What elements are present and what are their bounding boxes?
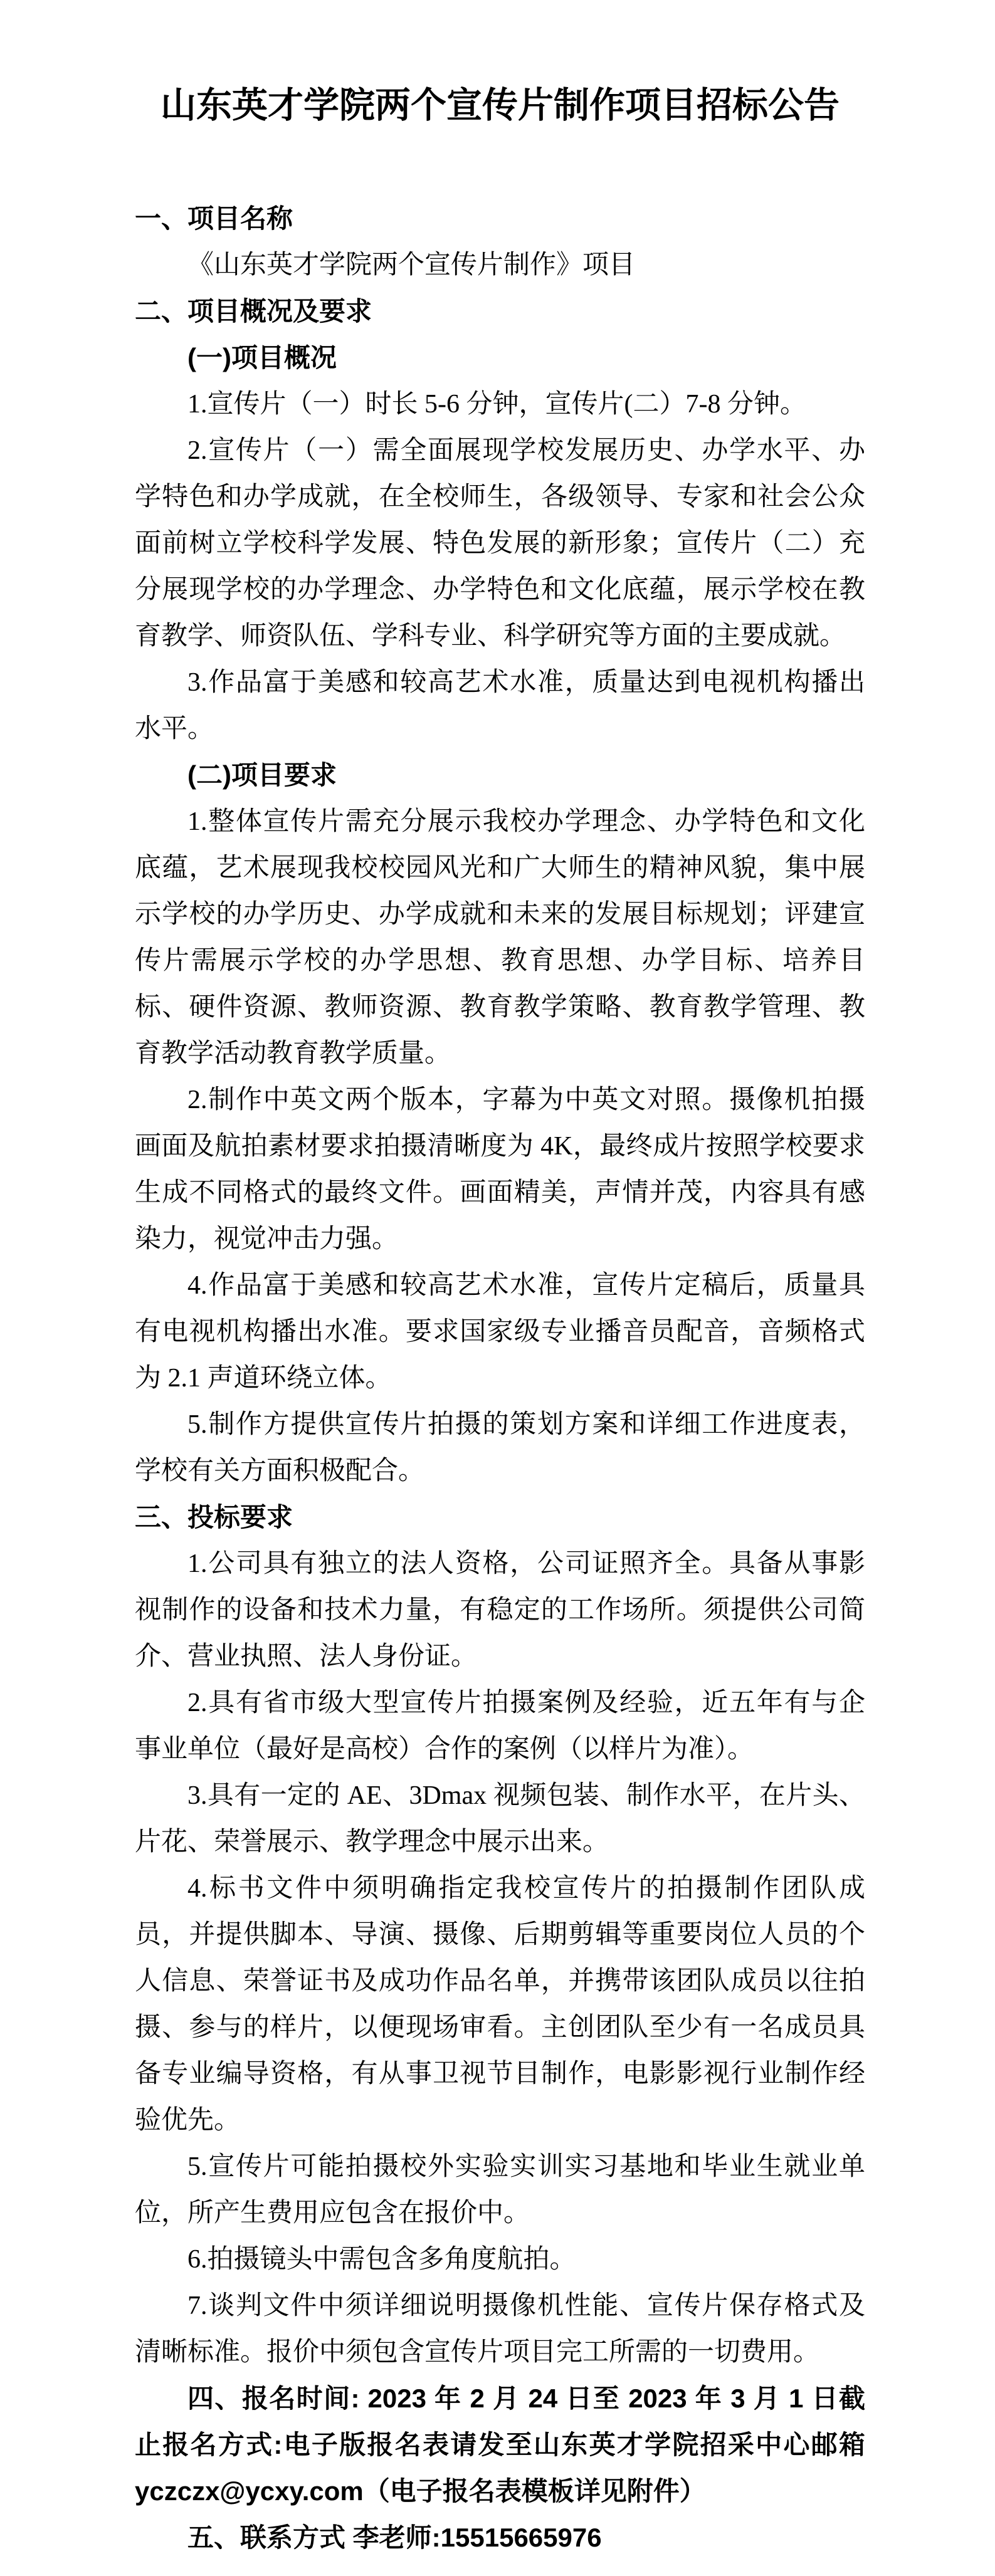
paragraph-overview-3: 3.作品富于美感和较高艺术水准，质量达到电视机构播出水平。	[135, 659, 865, 752]
sub-heading-project-requirements: (二)项目要求	[135, 752, 865, 798]
paragraph-bidding-5: 5.宣传片可能拍摄校外实验实训实习基地和毕业生就业单位，所产生费用应包含在报价中…	[135, 2144, 865, 2236]
paragraph-requirement-1: 1.整体宣传片需充分展示我校办学理念、办学特色和文化底蕴，艺术展现我校校园风光和…	[135, 798, 865, 1077]
document-page: 山东英才学院两个宣传片制作项目招标公告 一、项目名称 《山东英才学院两个宣传片制…	[0, 0, 995, 2576]
section-heading-overview-reqs: 二、项目概况及要求	[135, 288, 865, 335]
section-heading-registration: 四、报名时间: 2023 年 2 月 24 日至 2023 年 3 月 1 日截…	[135, 2375, 865, 2515]
paragraph-overview-2: 2.宣传片（一）需全面展现学校发展历史、办学水平、办学特色和办学成就，在全校师生…	[135, 427, 865, 659]
paragraph-bidding-4: 4.标书文件中须明确指定我校宣传片的拍摄制作团队成员，并提供脚本、导演、摄像、后…	[135, 1865, 865, 2144]
paragraph-bidding-3: 3.具有一定的 AE、3Dmax 视频包装、制作水平，在片头、片花、荣誉展示、教…	[135, 1772, 865, 1865]
section-heading-bidding-reqs: 三、投标要求	[135, 1494, 865, 1541]
paragraph-project-name-value: 《山东英才学院两个宣传片制作》项目	[135, 242, 865, 288]
paragraph-bidding-7: 7.谈判文件中须详细说明摄像机性能、宣传片保存格式及清晰标准。报价中须包含宣传片…	[135, 2283, 865, 2375]
paragraph-requirement-4: 4.作品富于美感和较高艺术水准，宣传片定稿后，质量具有电视机构播出水准。要求国家…	[135, 1262, 865, 1401]
paragraph-requirement-5: 5.制作方提供宣传片拍摄的策划方案和详细工作进度表，学校有关方面积极配合。	[135, 1401, 865, 1494]
paragraph-bidding-1: 1.公司具有独立的法人资格，公司证照齐全。具备从事影视制作的设备和技术力量，有稳…	[135, 1541, 865, 1680]
sub-heading-project-overview: (一)项目概况	[135, 335, 865, 381]
paragraph-requirement-2: 2.制作中英文两个版本，字幕为中英文对照。摄像机拍摄画面及航拍素材要求拍摄清晰度…	[135, 1077, 865, 1262]
section-heading-project-name: 一、项目名称	[135, 196, 865, 242]
document-title: 山东英才学院两个宣传片制作项目招标公告	[135, 85, 865, 125]
document-body: 一、项目名称 《山东英才学院两个宣传片制作》项目 二、项目概况及要求 (一)项目…	[135, 196, 865, 2561]
section-heading-contact: 五、联系方式 李老师:15515665976	[135, 2515, 865, 2561]
paragraph-bidding-6: 6.拍摄镜头中需包含多角度航拍。	[135, 2236, 865, 2283]
paragraph-overview-1: 1.宣传片（一）时长 5-6 分钟，宣传片(二）7-8 分钟。	[135, 381, 865, 427]
paragraph-bidding-2: 2.具有省市级大型宣传片拍摄案例及经验，近五年有与企事业单位（最好是高校）合作的…	[135, 1680, 865, 1772]
